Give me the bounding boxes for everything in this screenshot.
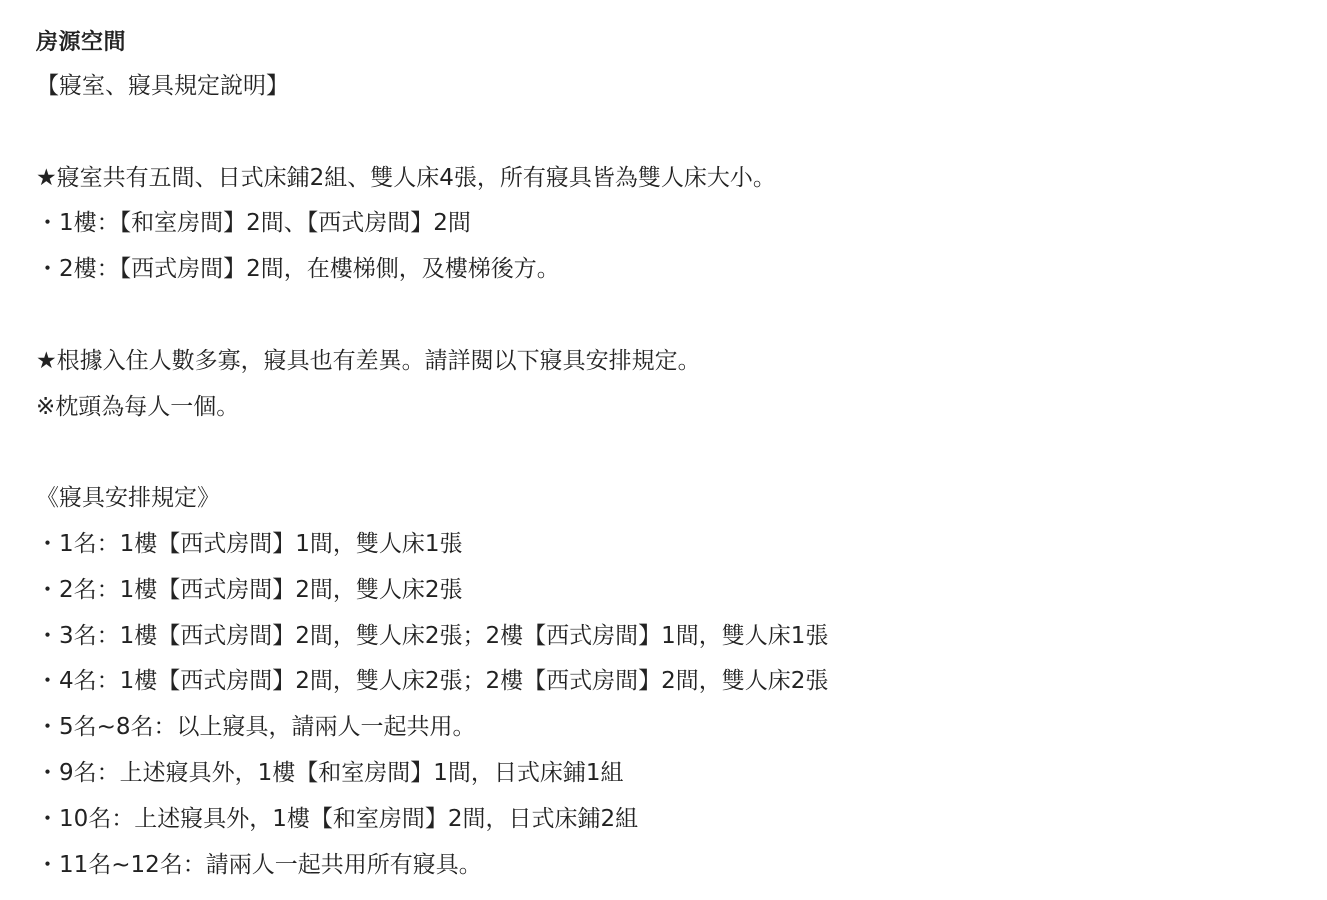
floor-1-rooms: ・1樓：【和室房間】2間、【西式房間】2間 <box>36 201 1296 247</box>
spacer <box>36 110 1296 156</box>
floor-2-rooms: ・2樓：【西式房間】2間，在樓梯側，及樓梯後方。 <box>36 247 1296 293</box>
rule-item: ・5名~8名：以上寢具，請兩人一起共用。 <box>36 705 1296 751</box>
room-space-section: 房源空間 【寢室、寢具規定說明】 ★寢室共有五間、日式床鋪2組、雙人床4張，所有… <box>36 22 1296 888</box>
subtitle: 【寢室、寢具規定說明】 <box>36 64 1296 110</box>
pillow-note: ※枕頭為每人一個。 <box>36 385 1296 431</box>
rule-item: ・10名：上述寢具外，1樓【和室房間】2間，日式床鋪2組 <box>36 797 1296 843</box>
rule-item: ・3名：1樓【西式房間】2間，雙人床2張；2樓【西式房間】1間，雙人床1張 <box>36 614 1296 660</box>
rules-list: ・1名：1樓【西式房間】1間，雙人床1張 ・2名：1樓【西式房間】2間，雙人床2… <box>36 522 1296 888</box>
rule-item: ・2名：1樓【西式房間】2間，雙人床2張 <box>36 568 1296 614</box>
spacer <box>36 430 1296 476</box>
rule-item: ・1名：1樓【西式房間】1間，雙人床1張 <box>36 522 1296 568</box>
rule-item: ・9名：上述寢具外，1樓【和室房間】1間，日式床鋪1組 <box>36 751 1296 797</box>
bedding-varies-note: ★根據入住人數多寡，寢具也有差異。請詳閱以下寢具安排規定。 <box>36 339 1296 385</box>
spacer <box>36 293 1296 339</box>
rules-heading: 《寢具安排規定》 <box>36 476 1296 522</box>
rule-item: ・11名~12名：請兩人一起共用所有寢具。 <box>36 843 1296 889</box>
rule-item: ・4名：1樓【西式房間】2間，雙人床2張；2樓【西式房間】2間，雙人床2張 <box>36 659 1296 705</box>
section-title: 房源空間 <box>36 22 1296 64</box>
rooms-summary: ★寢室共有五間、日式床鋪2組、雙人床4張，所有寢具皆為雙人床大小。 <box>36 156 1296 202</box>
